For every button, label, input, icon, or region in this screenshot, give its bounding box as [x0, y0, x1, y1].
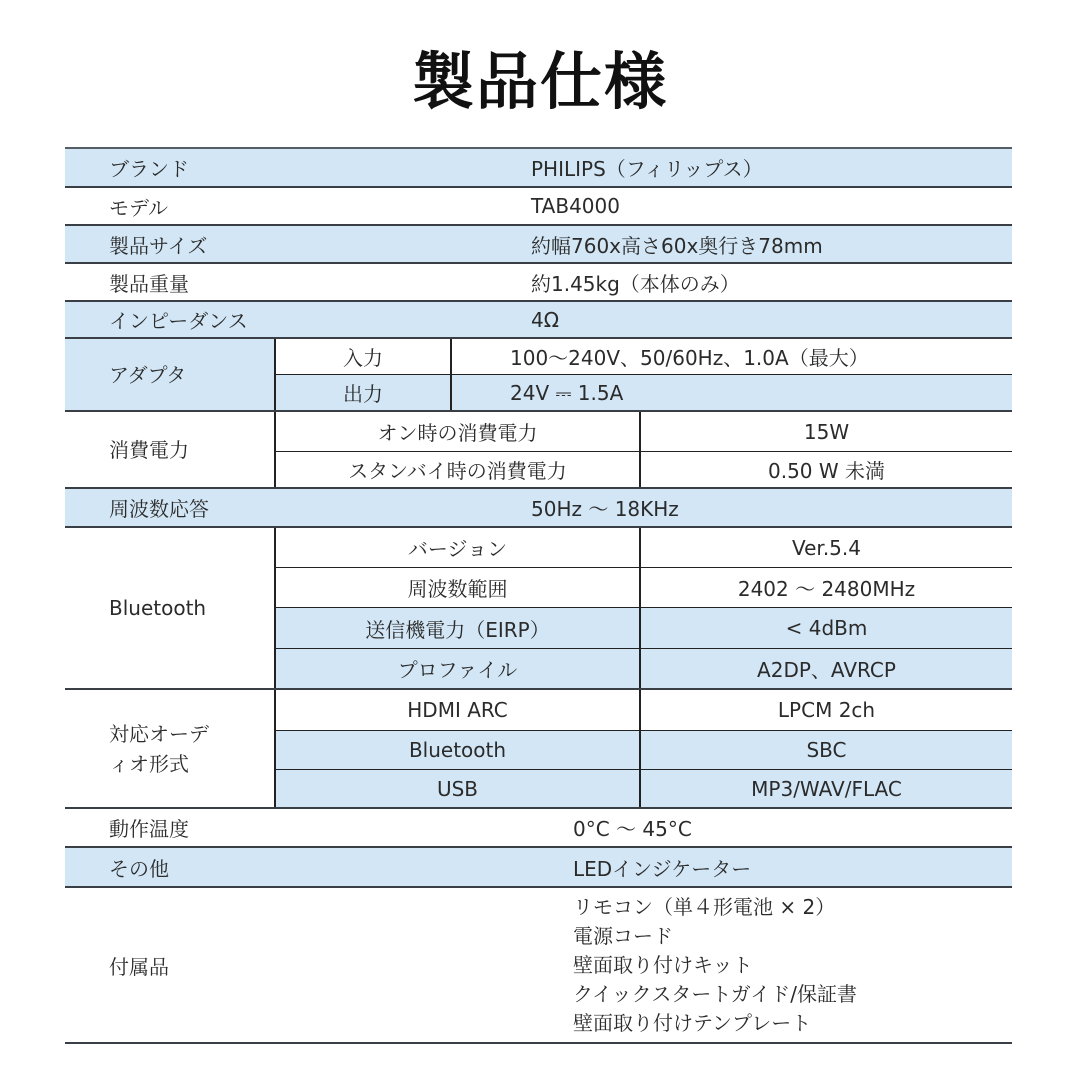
accessory-item: 壁面取り付けテンプレート	[573, 1009, 1012, 1038]
spec-row-model: モデル TAB4000	[65, 188, 1012, 226]
spec-sublabel: HDMI ARC	[276, 690, 641, 730]
spec-label: 周波数応答	[65, 489, 276, 526]
spec-value: LEDインジケーター	[276, 848, 1012, 886]
spec-row-weight: 製品重量 約1.45kg（本体のみ）	[65, 264, 1012, 302]
spec-row-audio-formats: 対応オーデ ィオ形式 HDMI ARC LPCM 2ch Bluetooth S…	[65, 690, 1012, 809]
spec-value: MP3/WAV/FLAC	[641, 770, 1012, 807]
spec-label: 消費電力	[65, 412, 276, 487]
spec-sublabel: スタンバイ時の消費電力	[276, 452, 641, 487]
spec-row-brand: ブランド PHILIPS（フィリップス）	[65, 149, 1012, 188]
spec-value: 2402 ～ 2480MHz	[641, 568, 1012, 607]
spec-row-impedance: インピーダンス 4Ω	[65, 302, 1012, 339]
spec-sublabel: 送信機電力（EIRP）	[276, 608, 641, 648]
accessory-item: 壁面取り付けキット	[573, 951, 1012, 980]
spec-value: 4Ω	[276, 302, 1012, 337]
adapter-input-row: 入力 100～240V、50/60Hz、1.0A（最大）	[276, 339, 1012, 375]
spec-value: SBC	[641, 731, 1012, 769]
spec-value: 0.50 W 未満	[641, 452, 1012, 487]
spec-value: 50Hz ～ 18KHz	[276, 489, 1012, 526]
spec-row-size: 製品サイズ 約幅760x高さ60x奥行き78mm	[65, 226, 1012, 264]
spec-value: TAB4000	[276, 188, 1012, 224]
spec-row-adapter: アダプタ 入力 100～240V、50/60Hz、1.0A（最大） 出力 24V…	[65, 339, 1012, 412]
spec-value: LPCM 2ch	[641, 690, 1012, 730]
bluetooth-power-row: 送信機電力（EIRP） < 4dBm	[276, 608, 1012, 649]
spec-label: 対応オーデ ィオ形式	[65, 690, 276, 807]
spec-value: A2DP、AVRCP	[641, 649, 1012, 688]
bluetooth-frequency-row: 周波数範囲 2402 ～ 2480MHz	[276, 568, 1012, 608]
bluetooth-version-row: バージョン Ver.5.4	[276, 528, 1012, 568]
adapter-output-row: 出力 24V ⎓ 1.5A	[276, 375, 1012, 410]
spec-sublabel: Bluetooth	[276, 731, 641, 769]
spec-sublabel: オン時の消費電力	[276, 412, 641, 451]
spec-value: PHILIPS（フィリップス）	[276, 149, 1012, 186]
power-on-row: オン時の消費電力 15W	[276, 412, 1012, 452]
spec-label: 動作温度	[65, 809, 276, 846]
spec-label: 製品重量	[65, 264, 276, 300]
accessory-item: クイックスタートガイド/保証書	[573, 980, 1012, 1009]
audio-hdmi-row: HDMI ARC LPCM 2ch	[276, 690, 1012, 731]
audio-usb-row: USB MP3/WAV/FLAC	[276, 770, 1012, 807]
spec-sublabel: 入力	[276, 339, 452, 374]
page-title: 製品仕様	[0, 42, 1080, 122]
spec-label: インピーダンス	[65, 302, 276, 337]
spec-value: 24V ⎓ 1.5A	[452, 375, 1012, 410]
spec-label: 付属品	[65, 888, 276, 1042]
spec-row-other: その他 LEDインジケーター	[65, 848, 1012, 888]
spec-table: ブランド PHILIPS（フィリップス） モデル TAB4000 製品サイズ 約…	[65, 147, 1012, 1044]
spec-value: 約幅760x高さ60x奥行き78mm	[276, 226, 1012, 262]
spec-sublabel: 出力	[276, 375, 452, 410]
spec-sublabel: 周波数範囲	[276, 568, 641, 607]
spec-value: < 4dBm	[641, 608, 1012, 648]
spec-label: アダプタ	[65, 339, 276, 410]
power-standby-row: スタンバイ時の消費電力 0.50 W 未満	[276, 452, 1012, 487]
spec-label-line: 対応オーデ	[109, 719, 209, 749]
spec-row-power: 消費電力 オン時の消費電力 15W スタンバイ時の消費電力 0.50 W 未満	[65, 412, 1012, 489]
spec-label: 製品サイズ	[65, 226, 276, 262]
spec-value: 100～240V、50/60Hz、1.0A（最大）	[452, 339, 1012, 374]
spec-row-operating-temp: 動作温度 0°C ～ 45°C	[65, 809, 1012, 848]
accessory-item: リモコン（単４形電池 × 2）	[573, 893, 1012, 922]
spec-value: 15W	[641, 412, 1012, 451]
accessory-item: 電源コード	[573, 922, 1012, 951]
spec-value: 約1.45kg（本体のみ）	[276, 264, 1012, 300]
spec-row-bluetooth: Bluetooth バージョン Ver.5.4 周波数範囲 2402 ～ 248…	[65, 528, 1012, 690]
bluetooth-profile-row: プロファイル A2DP、AVRCP	[276, 649, 1012, 688]
spec-sublabel: バージョン	[276, 528, 641, 567]
accessory-list: リモコン（単４形電池 × 2） 電源コード 壁面取り付けキット クイックスタート…	[276, 888, 1012, 1042]
spec-label-line: ィオ形式	[109, 749, 189, 779]
audio-bluetooth-row: Bluetooth SBC	[276, 731, 1012, 770]
spec-row-accessories: 付属品 リモコン（単４形電池 × 2） 電源コード 壁面取り付けキット クイック…	[65, 888, 1012, 1044]
spec-sublabel: プロファイル	[276, 649, 641, 688]
spec-sublabel: USB	[276, 770, 641, 807]
spec-row-frequency-response: 周波数応答 50Hz ～ 18KHz	[65, 489, 1012, 528]
spec-label: その他	[65, 848, 276, 886]
spec-label: Bluetooth	[65, 528, 276, 688]
spec-label: モデル	[65, 188, 276, 224]
spec-value: 0°C ～ 45°C	[276, 809, 1012, 846]
spec-label: ブランド	[65, 149, 276, 186]
spec-value: Ver.5.4	[641, 528, 1012, 567]
